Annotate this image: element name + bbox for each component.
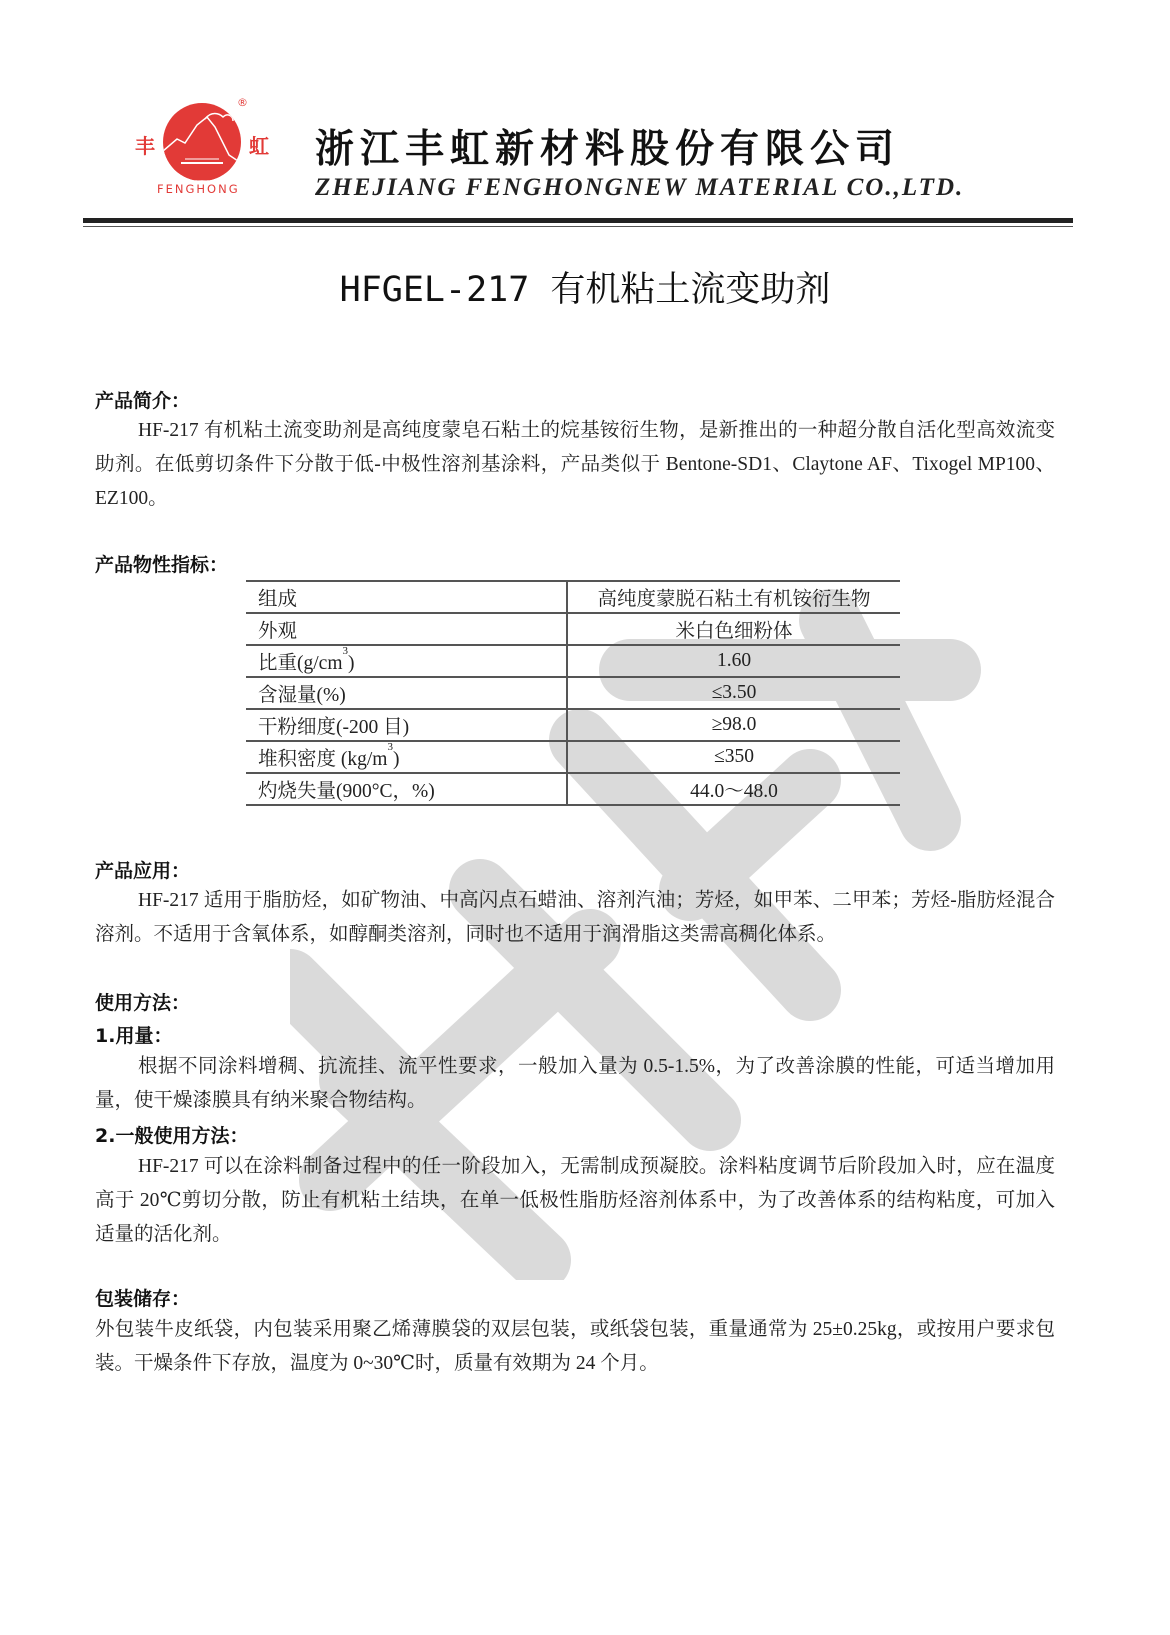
intro-paragraph: HF-217 有机粘土流变助剂是高纯度蒙皂石粘土的烷基铵衍生物，是新推出的一种超… [95, 414, 1055, 516]
logo-brand-en: FENGHONG [157, 182, 240, 196]
header-divider-thick [83, 218, 1073, 223]
property-value: ≤3.50 [567, 677, 900, 709]
property-label: 含湿量(%) [246, 677, 567, 709]
property-value: 米白色细粉体 [567, 613, 900, 645]
table-row: 干粉细度(-200 目) ≥98.0 [246, 709, 900, 741]
table-row: 堆积密度 (kg/m3) ≤350 [246, 741, 900, 773]
header-divider-thin [83, 226, 1073, 227]
application-paragraph: HF-217 适用于脂肪烃，如矿物油、中高闪点石蜡油、溶剂汽油；芳烃，如甲苯、二… [95, 884, 1055, 952]
registered-mark: ® [237, 96, 248, 109]
method-paragraph: HF-217 可以在涂料制备过程中的任一阶段加入，无需制成预凝胶。涂料粘度调节后… [95, 1150, 1055, 1252]
property-label: 堆积密度 (kg/m3) [246, 741, 567, 773]
document-title: HFGEL-217 有机粘土流变助剂 [0, 262, 1170, 312]
dosage-paragraph: 根据不同涂料增稠、抗流挂、流平性要求，一般加入量为 0.5-1.5%，为了改善涂… [95, 1050, 1055, 1118]
table-row: 灼烧失量(900°C，%) 44.0～48.0 [246, 773, 900, 805]
property-label: 灼烧失量(900°C，%) [246, 773, 567, 805]
mountain-icon [163, 103, 241, 181]
table-row: 比重(g/cm3) 1.60 [246, 645, 900, 677]
section-heading-usage: 使用方法： [95, 988, 190, 1015]
company-logo: 丰 ® 虹 FENGHONG [135, 98, 285, 203]
logo-char-left: 丰 [135, 130, 155, 159]
subheading-method: 2.一般使用方法： [95, 1121, 248, 1148]
property-label: 比重(g/cm3) [246, 645, 567, 677]
property-value: ≥98.0 [567, 709, 900, 741]
section-heading-storage: 包装储存： [95, 1284, 190, 1311]
section-heading-intro: 产品简介： [95, 386, 190, 413]
property-value: 高纯度蒙脱石粘土有机铵衍生物 [567, 581, 900, 613]
property-label: 组成 [246, 581, 567, 613]
storage-paragraph: 外包装牛皮纸袋，内包装采用聚乙烯薄膜袋的双层包装，或纸袋包装，重量通常为 25±… [95, 1313, 1055, 1381]
table-row: 含湿量(%) ≤3.50 [246, 677, 900, 709]
logo-circle-icon [163, 103, 241, 181]
section-heading-properties: 产品物性指标： [95, 550, 228, 577]
company-name-cn: 浙江丰虹新材料股份有限公司 [315, 118, 900, 174]
subheading-dosage: 1.用量： [95, 1021, 172, 1048]
section-heading-application: 产品应用： [95, 856, 190, 883]
logo-char-right: 虹 [249, 130, 269, 159]
property-value: ≤350 [567, 741, 900, 773]
property-value: 44.0～48.0 [567, 773, 900, 805]
property-label: 外观 [246, 613, 567, 645]
properties-table: 组成 高纯度蒙脱石粘土有机铵衍生物 外观 米白色细粉体 比重(g/cm3) 1.… [246, 580, 900, 806]
company-name-en: ZHEJIANG FENGHONGNEW MATERIAL CO.,LTD. [315, 174, 964, 202]
property-value: 1.60 [567, 645, 900, 677]
property-label: 干粉细度(-200 目) [246, 709, 567, 741]
table-row: 外观 米白色细粉体 [246, 613, 900, 645]
table-row: 组成 高纯度蒙脱石粘土有机铵衍生物 [246, 581, 900, 613]
